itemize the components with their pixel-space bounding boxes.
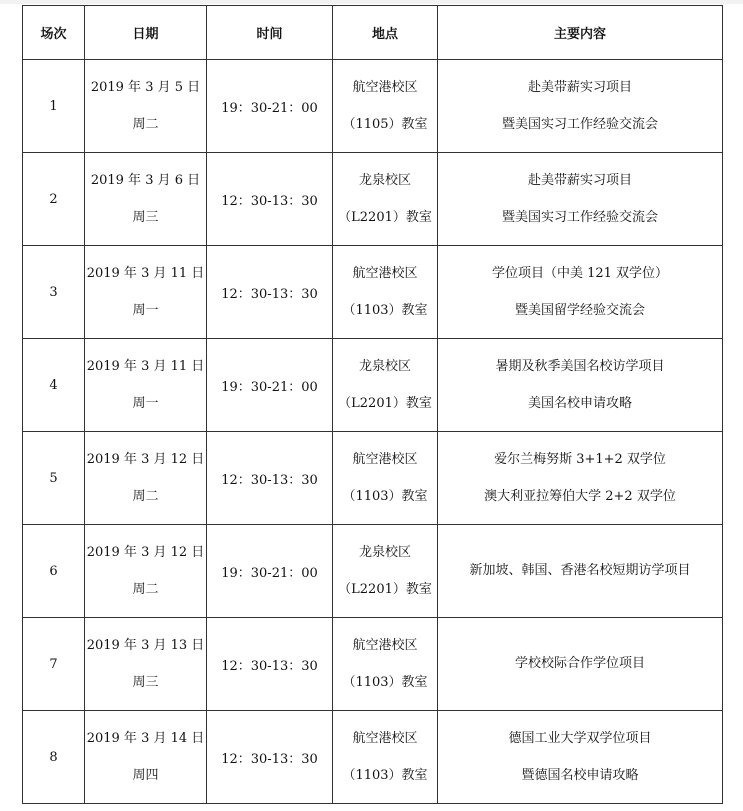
content-line-1: 德国工业大学双学位项目 <box>438 730 722 748</box>
table-row: 6 2019 年 3 月 12 日 周二 19：30-21：00 龙泉校区 （L… <box>23 525 723 618</box>
content-line-1: 暑期及秋季美国名校访学项目 <box>438 358 722 376</box>
content-line-1: 学位项目（中美 121 双学位） <box>438 265 722 283</box>
cell-content: 德国工业大学双学位项目 暨德国名校申请攻略 <box>438 711 723 804</box>
cell-time: 12：30-13：30 <box>207 711 333 804</box>
weekday-text: 周一 <box>85 302 206 320</box>
table-row: 4 2019 年 3 月 11 日 周一 19：30-21：00 龙泉校区 （L… <box>23 339 723 432</box>
content-line-2: 暨美国实习工作经验交流会 <box>438 209 722 227</box>
cell-index: 2 <box>23 153 85 246</box>
cell-index: 4 <box>23 339 85 432</box>
cell-time: 12：30-13：30 <box>207 246 333 339</box>
content-line-2: 暨美国实习工作经验交流会 <box>438 116 722 134</box>
content-line-1: 学校校际合作学位项目 <box>438 655 722 673</box>
header-index: 场次 <box>23 6 85 60</box>
cell-index: 6 <box>23 525 85 618</box>
table-row: 5 2019 年 3 月 12 日 周二 12：30-13：30 航空港校区 （… <box>23 432 723 525</box>
campus-text: 航空港校区 <box>333 79 437 97</box>
campus-text: 龙泉校区 <box>333 544 437 562</box>
cell-location: 航空港校区 （1103）教室 <box>333 432 438 525</box>
cell-index: 1 <box>23 60 85 153</box>
cell-date: 2019 年 3 月 12 日 周二 <box>85 525 207 618</box>
cell-time: 12：30-13：30 <box>207 432 333 525</box>
room-text: （1103）教室 <box>333 674 437 692</box>
cell-date: 2019 年 3 月 11 日 周一 <box>85 246 207 339</box>
weekday-text: 周二 <box>85 488 206 506</box>
cell-content: 学校校际合作学位项目 <box>438 618 723 711</box>
table-row: 7 2019 年 3 月 13 日 周三 12：30-13：30 航空港校区 （… <box>23 618 723 711</box>
room-text: （1103）教室 <box>333 302 437 320</box>
cell-location: 航空港校区 （1105）教室 <box>333 60 438 153</box>
campus-text: 航空港校区 <box>333 265 437 283</box>
weekday-text: 周三 <box>85 674 206 692</box>
header-date: 日期 <box>85 6 207 60</box>
campus-text: 龙泉校区 <box>333 172 437 190</box>
table-row: 3 2019 年 3 月 11 日 周一 12：30-13：30 航空港校区 （… <box>23 246 723 339</box>
table-row: 2 2019 年 3 月 6 日 周三 12：30-13：30 龙泉校区 （L2… <box>23 153 723 246</box>
cell-index: 7 <box>23 618 85 711</box>
content-line-2: 美国名校申请攻略 <box>438 395 722 413</box>
room-text: （1103）教室 <box>333 767 437 785</box>
room-text: （L2201）教室 <box>333 581 437 599</box>
cell-content: 暑期及秋季美国名校访学项目 美国名校申请攻略 <box>438 339 723 432</box>
date-text: 2019 年 3 月 11 日 <box>85 265 206 283</box>
header-location: 地点 <box>333 6 438 60</box>
weekday-text: 周四 <box>85 767 206 785</box>
content-line-1: 新加坡、韩国、香港名校短期访学项目 <box>438 562 722 580</box>
cell-content: 爱尔兰梅努斯 3+1+2 双学位 澳大利亚拉筹伯大学 2+2 双学位 <box>438 432 723 525</box>
content-line-2: 暨德国名校申请攻略 <box>438 767 722 785</box>
cell-index: 8 <box>23 711 85 804</box>
table-header-row: 场次 日期 时间 地点 主要内容 <box>23 6 723 60</box>
room-text: （L2201）教室 <box>333 209 437 227</box>
content-line-1: 爱尔兰梅努斯 3+1+2 双学位 <box>438 451 722 469</box>
date-text: 2019 年 3 月 12 日 <box>85 544 206 562</box>
date-text: 2019 年 3 月 14 日 <box>85 730 206 748</box>
date-text: 2019 年 3 月 13 日 <box>85 637 206 655</box>
table-row: 1 2019 年 3 月 5 日 周二 19：30-21：00 航空港校区 （1… <box>23 60 723 153</box>
cell-location: 龙泉校区 （L2201）教室 <box>333 153 438 246</box>
campus-text: 航空港校区 <box>333 730 437 748</box>
room-text: （L2201）教室 <box>333 395 437 413</box>
cell-content: 赴美带薪实习项目 暨美国实习工作经验交流会 <box>438 153 723 246</box>
table-row: 8 2019 年 3 月 14 日 周四 12：30-13：30 航空港校区 （… <box>23 711 723 804</box>
campus-text: 航空港校区 <box>333 451 437 469</box>
page-top-edge <box>0 0 743 4</box>
cell-date: 2019 年 3 月 12 日 周二 <box>85 432 207 525</box>
weekday-text: 周二 <box>85 581 206 599</box>
cell-time: 19：30-21：00 <box>207 339 333 432</box>
cell-location: 龙泉校区 （L2201）教室 <box>333 339 438 432</box>
cell-content: 新加坡、韩国、香港名校短期访学项目 <box>438 525 723 618</box>
cell-date: 2019 年 3 月 11 日 周一 <box>85 339 207 432</box>
weekday-text: 周二 <box>85 116 206 134</box>
cell-date: 2019 年 3 月 14 日 周四 <box>85 711 207 804</box>
cell-index: 3 <box>23 246 85 339</box>
cell-time: 19：30-21：00 <box>207 525 333 618</box>
cell-content: 赴美带薪实习项目 暨美国实习工作经验交流会 <box>438 60 723 153</box>
date-text: 2019 年 3 月 6 日 <box>85 172 206 190</box>
cell-date: 2019 年 3 月 6 日 周三 <box>85 153 207 246</box>
cell-time: 19：30-21：00 <box>207 60 333 153</box>
cell-time: 12：30-13：30 <box>207 153 333 246</box>
content-line-2: 澳大利亚拉筹伯大学 2+2 双学位 <box>438 488 722 506</box>
date-text: 2019 年 3 月 12 日 <box>85 451 206 469</box>
content-line-2: 暨美国留学经验交流会 <box>438 302 722 320</box>
room-text: （1103）教室 <box>333 488 437 506</box>
campus-text: 龙泉校区 <box>333 358 437 376</box>
header-content: 主要内容 <box>438 6 723 60</box>
date-text: 2019 年 3 月 11 日 <box>85 358 206 376</box>
cell-location: 航空港校区 （1103）教室 <box>333 618 438 711</box>
date-text: 2019 年 3 月 5 日 <box>85 79 206 97</box>
cell-date: 2019 年 3 月 13 日 周三 <box>85 618 207 711</box>
schedule-table: 场次 日期 时间 地点 主要内容 1 2019 年 3 月 5 日 周二 19：… <box>22 5 723 804</box>
cell-location: 航空港校区 （1103）教室 <box>333 711 438 804</box>
content-line-1: 赴美带薪实习项目 <box>438 172 722 190</box>
cell-time: 12：30-13：30 <box>207 618 333 711</box>
cell-location: 航空港校区 （1103）教室 <box>333 246 438 339</box>
header-time: 时间 <box>207 6 333 60</box>
cell-index: 5 <box>23 432 85 525</box>
campus-text: 航空港校区 <box>333 637 437 655</box>
cell-location: 龙泉校区 （L2201）教室 <box>333 525 438 618</box>
room-text: （1105）教室 <box>333 116 437 134</box>
cell-content: 学位项目（中美 121 双学位） 暨美国留学经验交流会 <box>438 246 723 339</box>
weekday-text: 周三 <box>85 209 206 227</box>
content-line-1: 赴美带薪实习项目 <box>438 79 722 97</box>
weekday-text: 周一 <box>85 395 206 413</box>
cell-date: 2019 年 3 月 5 日 周二 <box>85 60 207 153</box>
